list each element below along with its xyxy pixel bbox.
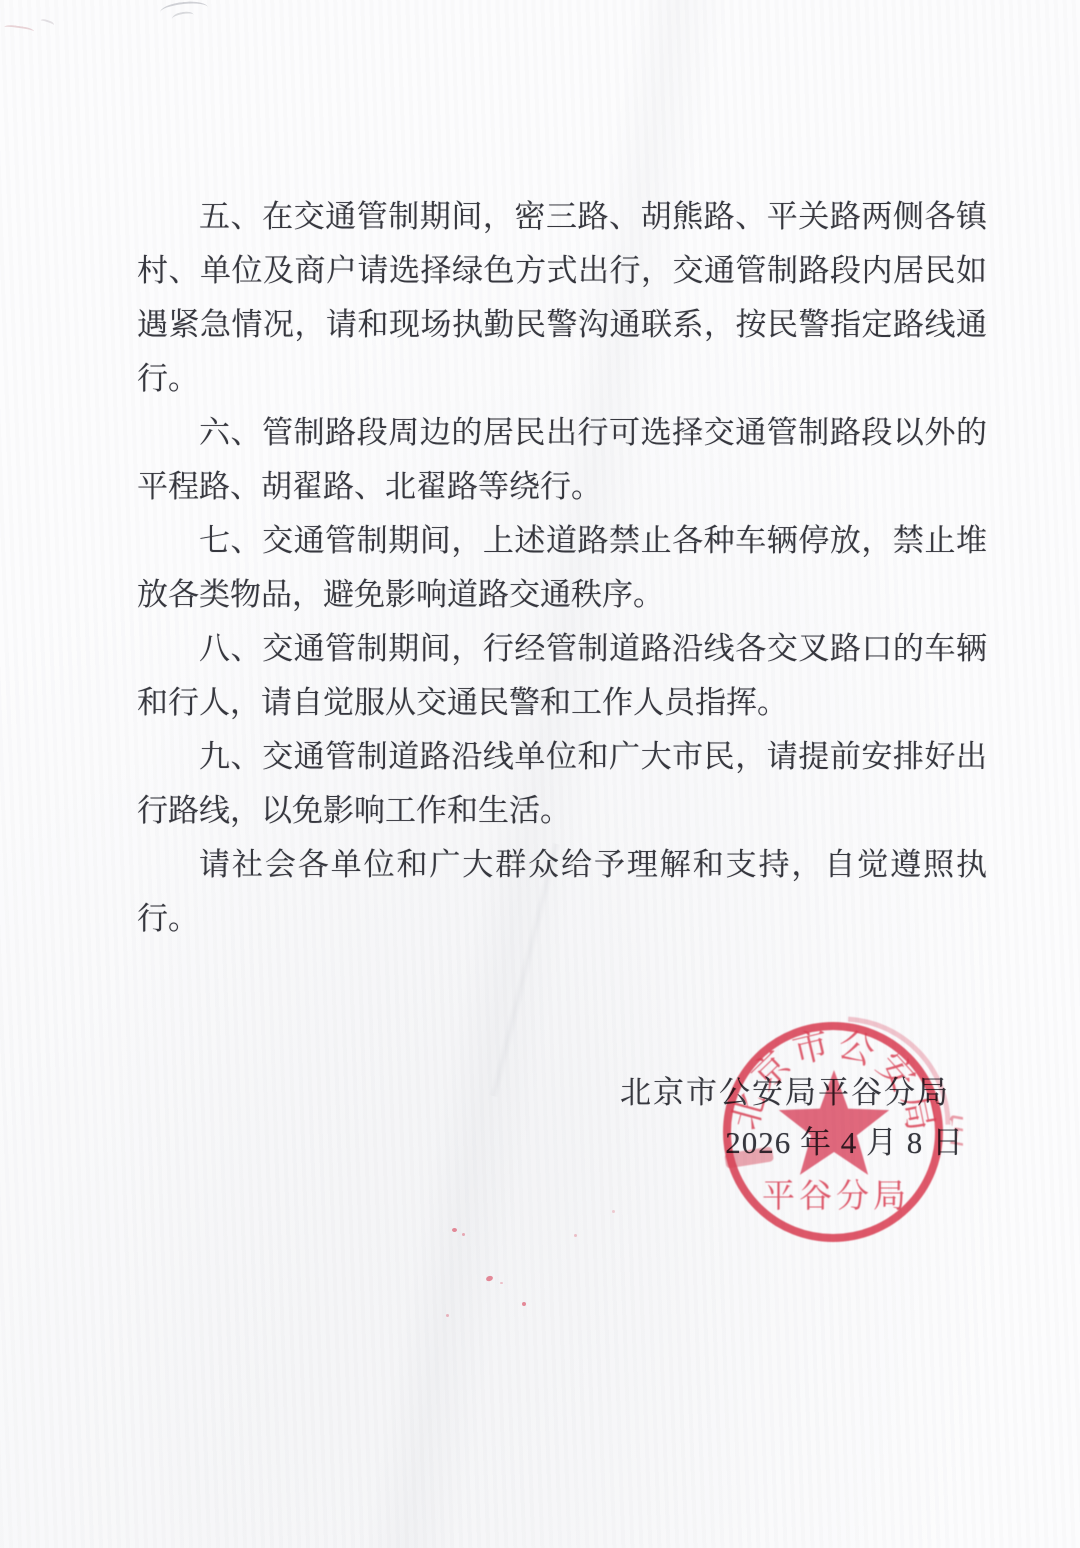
stamp-bottom-text: 平谷分局 (762, 1178, 910, 1215)
signature-organization: 北京市公安局平谷分局 (620, 1068, 964, 1118)
paragraph-item-6: 六、管制路段周边的居民出行可选择交通管制路段以外的平程路、胡翟路、北翟路等绕行。 (137, 406, 987, 514)
corner-ink-mark (39, 18, 54, 29)
ink-speck (522, 1302, 526, 1306)
ink-speck (574, 1234, 577, 1237)
ink-speck (500, 1282, 503, 1284)
ink-speck (462, 1233, 465, 1236)
closing-paragraph: 请社会各单位和广大群众给予理解和支持，自觉遵照执行。 (137, 838, 987, 946)
notice-body: 五、在交通管制期间，密三路、胡熊路、平关路两侧各镇村、单位及商户请选择绿色方式出… (137, 190, 987, 946)
signature-date: 2026 年 4 月 8 日 (620, 1118, 964, 1168)
scanned-notice-page: 五、在交通管制期间，密三路、胡熊路、平关路两侧各镇村、单位及商户请选择绿色方式出… (0, 0, 1080, 1548)
paragraph-item-5: 五、在交通管制期间，密三路、胡熊路、平关路两侧各镇村、单位及商户请选择绿色方式出… (137, 190, 987, 406)
paragraph-item-8: 八、交通管制期间，行经管制道路沿线各交叉路口的车辆和行人，请自觉服从交通民警和工… (137, 622, 987, 730)
corner-ink-mark (4, 24, 35, 36)
ink-speck (612, 1210, 615, 1213)
ink-speck (485, 1275, 493, 1282)
paragraph-item-9: 九、交通管制道路沿线单位和广大市民，请提前安排好出行路线，以免影响工作和生活。 (137, 730, 987, 838)
paragraph-item-7: 七、交通管制期间，上述道路禁止各种车辆停放，禁止堆放各类物品，避免影响道路交通秩… (137, 514, 987, 622)
signature-block: 北京市公安局平谷分局 2026 年 4 月 8 日 (620, 1068, 964, 1168)
ink-speck (452, 1228, 457, 1232)
ink-speck (446, 1314, 449, 1317)
